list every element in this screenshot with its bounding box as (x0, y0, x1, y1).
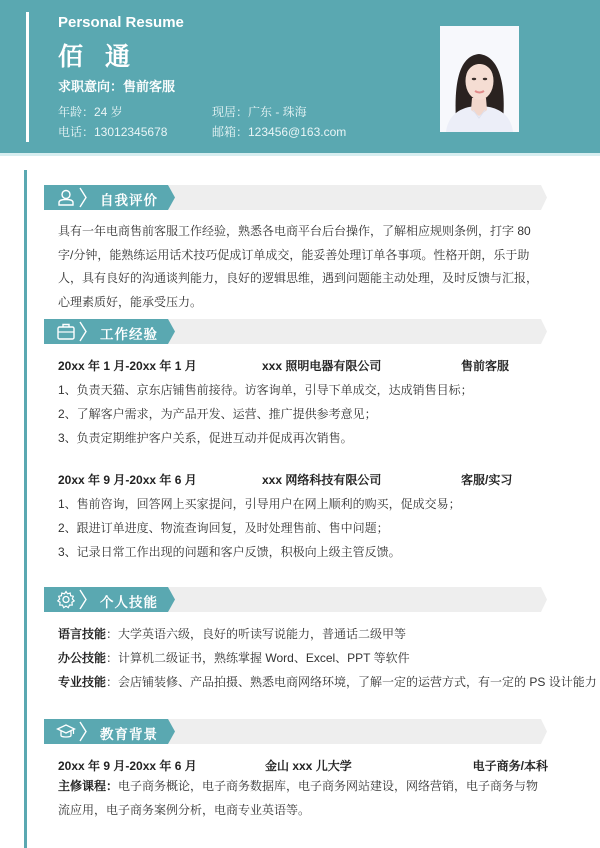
skill-label: 专业技能 (58, 675, 106, 689)
job-row-head: 20xx 年 1 月-20xx 年 1 月 xxx 照明电器有限公司 售前客服 (58, 357, 548, 375)
courses-text: 电子商务概论，电子商务数据库，电子商务网站建设，网络营销，电子商务与物流应用，电… (58, 779, 538, 817)
skill-item: 办公技能：计算机二级证书，熟练掌握 Word、Excel、PPT 等软件 (58, 649, 410, 666)
graduation-cap-icon (56, 722, 76, 741)
section-title: 工作经验 (100, 323, 158, 343)
job-intent: 求职意向：售前客服 (58, 76, 175, 95)
skill-item: 专业技能：会店铺装修、产品拍摄、熟悉电商网络环境，了解一定的运营方式，有一定的 … (58, 673, 597, 690)
education-courses: 主修课程：电子商务概论，电子商务数据库，电子商务网站建设，网络营销，电子商务与物… (58, 775, 548, 822)
job-intent-value: 售前客服 (123, 79, 175, 94)
chevron-right-icon (78, 187, 88, 208)
profile-photo (440, 26, 519, 132)
job-company: xxx 网络科技有限公司 (262, 471, 381, 488)
section-title: 自我评价 (100, 189, 158, 209)
header-banner: Personal Resume 佰通 求职意向：售前客服 年龄：24 岁 现居：… (0, 0, 600, 153)
job-period: 20xx 年 9 月-20xx 年 6 月 (58, 471, 197, 488)
header-divider (26, 12, 29, 142)
section-title: 教育背景 (100, 723, 158, 743)
courses-label: 主修课程： (58, 779, 118, 793)
title-en: Personal Resume (58, 14, 184, 31)
job-intent-label: 求职意向： (58, 79, 123, 94)
job-row-head: 20xx 年 9 月-20xx 年 6 月 xxx 网络科技有限公司 客服/实习 (58, 471, 548, 489)
skill-value: 计算机二级证书，熟练掌握 Word、Excel、PPT 等软件 (118, 651, 410, 665)
header-bottom-accent (0, 153, 600, 156)
job-role: 售前客服 (461, 357, 509, 374)
education-row-head: 20xx 年 9 月-20xx 年 6 月 金山 xxx 儿大学 电子商务/本科 (58, 757, 548, 775)
section-header-skills: 个人技能 (44, 587, 547, 612)
gear-icon (56, 590, 76, 609)
self-eval-text: 具有一年电商售前客服工作经验，熟悉各电商平台后台操作，了解相应规则条例，打字 8… (58, 220, 548, 314)
chevron-right-icon (78, 321, 88, 342)
section-title: 个人技能 (100, 591, 158, 611)
education-school: 金山 xxx 儿大学 (265, 757, 352, 774)
job-duty: 1、负责天猫、京东店铺售前接待。访客询单，引导下单成交，达成销售目标； (58, 381, 473, 398)
portrait-illustration (440, 26, 519, 132)
job-period: 20xx 年 1 月-20xx 年 1 月 (58, 357, 197, 374)
section-header-work: 工作经验 (44, 319, 547, 344)
skill-value: 会店铺装修、产品拍摄、熟悉电商网络环境，了解一定的运营方式，有一定的 PS 设计… (118, 675, 597, 689)
briefcase-icon (56, 322, 76, 341)
job-duty: 1、售前咨询，回答网上买家提问，引导用户在网上顺利的购买，促成交易； (58, 495, 461, 512)
education-major: 电子商务/本科 (473, 757, 548, 774)
job-duty: 3、负责定期维护客户关系，促进互动并促成再次销售。 (58, 429, 353, 446)
person-name: 佰通 (58, 37, 152, 73)
skill-sep: ： (106, 627, 118, 641)
age-info: 年龄：24 岁 (58, 103, 123, 120)
job-role: 客服/实习 (461, 471, 512, 488)
left-rail-line (24, 170, 27, 848)
chevron-right-icon (78, 721, 88, 742)
skill-sep: ： (106, 651, 118, 665)
job-duty: 2、跟进订单进度、物流查询回复，及时处理售前、售中问题； (58, 519, 389, 536)
user-icon (56, 188, 76, 207)
skill-sep: ： (106, 675, 118, 689)
residence-info: 现居：广东 - 珠海 (212, 103, 307, 120)
job-company: xxx 照明电器有限公司 (262, 357, 381, 374)
skill-value: 大学英语六级，良好的听读写说能力，普通话二级甲等 (118, 627, 406, 641)
skill-item: 语言技能：大学英语六级，良好的听读写说能力，普通话二级甲等 (58, 625, 406, 642)
skill-label: 办公技能 (58, 651, 106, 665)
email-info: 邮箱：123456@163.com (212, 123, 346, 140)
section-header-self-eval: 自我评价 (44, 185, 547, 210)
education-period: 20xx 年 9 月-20xx 年 6 月 (58, 757, 197, 774)
job-duty: 3、记录日常工作出现的问题和客户反馈，积极向上级主管反馈。 (58, 543, 401, 560)
phone-info: 电话：13012345678 (58, 123, 167, 140)
job-duty: 2、了解客户需求，为产品开发、运营、推广提供参考意见； (58, 405, 377, 422)
skill-label: 语言技能 (58, 627, 106, 641)
section-header-education: 教育背景 (44, 719, 547, 744)
chevron-right-icon (78, 589, 88, 610)
